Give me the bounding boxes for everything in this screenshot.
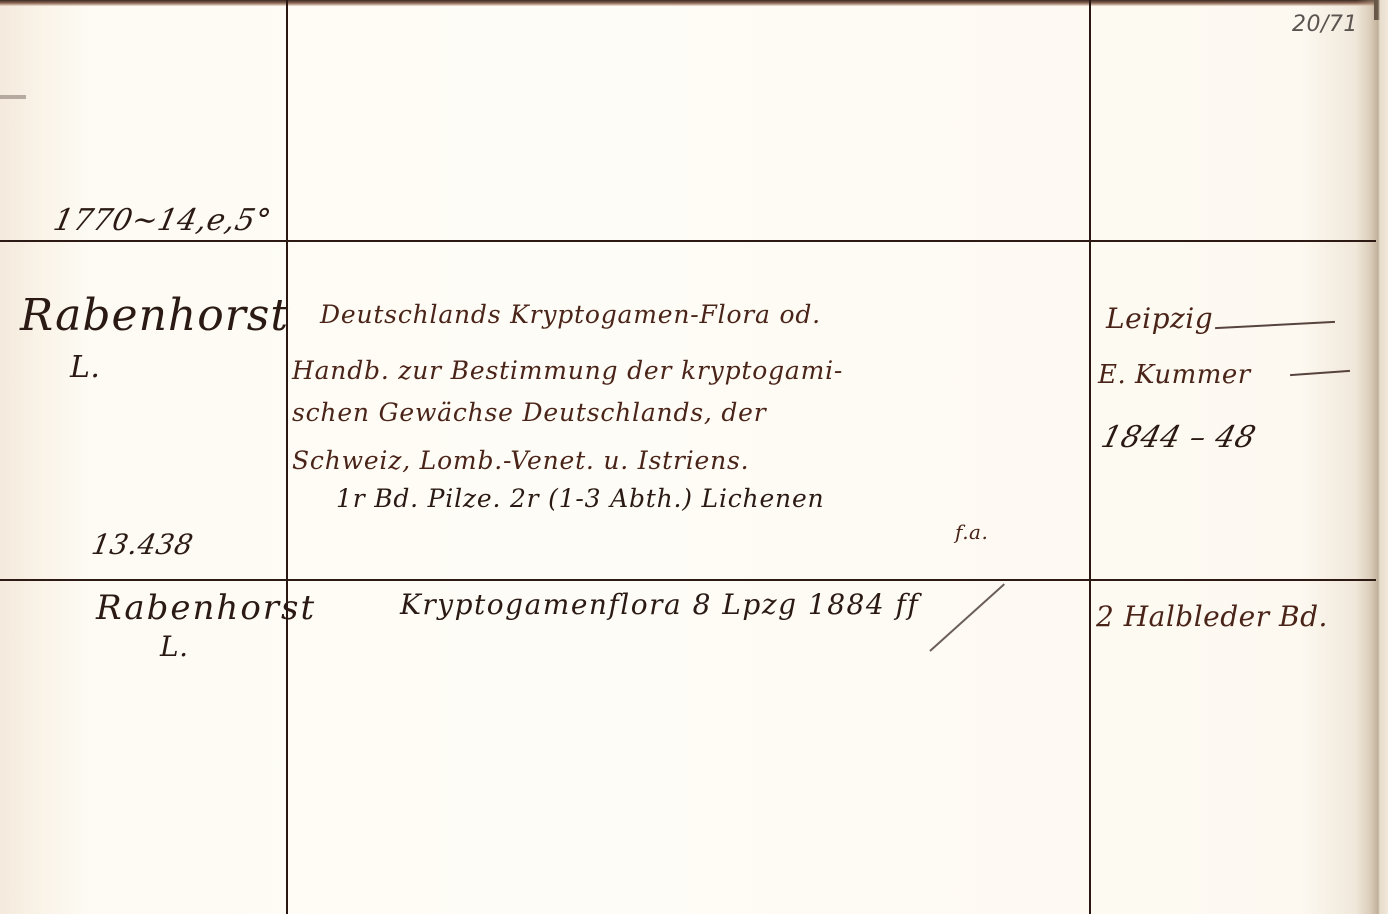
entry-1-title-line: Schweiz, Lomb.-Venet. u. Istriens. xyxy=(292,446,749,475)
entry-2-title: Kryptogamenflora 8 Lpzg 1884 ff xyxy=(400,588,919,621)
entry-1-author-initial: L. xyxy=(70,350,100,385)
call-number: 1770~14,e,5° xyxy=(50,203,274,238)
entry-2-accession-number: 13.438 xyxy=(89,528,196,561)
entry-1-years: 1844 – 48 xyxy=(1098,420,1260,455)
entry-1-title-line: Handb. zur Bestimmung der kryptogami- xyxy=(292,356,843,385)
page-right-edge xyxy=(1356,0,1388,914)
flourish-stroke xyxy=(1290,370,1350,376)
row-divider-header xyxy=(0,240,1376,242)
entry-1-author: Rabenhorst xyxy=(20,290,289,341)
entry-2-binding: 2 Halbleder Bd. xyxy=(1096,600,1328,633)
page-top-edge xyxy=(0,0,1388,6)
column-divider-author-title xyxy=(286,0,288,914)
ledger-card: 20/71 1770~14,e,5° Rabenhorst L. Deutsch… xyxy=(0,0,1388,914)
entry-1-publisher: E. Kummer xyxy=(1098,360,1251,390)
column-divider-title-place xyxy=(1089,0,1091,914)
entry-2-author-initial: L. xyxy=(160,630,189,663)
margin-mark xyxy=(0,95,26,99)
entry-1-title-mark: f.a. xyxy=(955,520,988,544)
entry-2-author: Rabenhorst xyxy=(96,588,316,628)
entry-1-place: Leipzig xyxy=(1106,302,1213,335)
page-number: 20/71 xyxy=(1292,12,1358,37)
row-divider-entries xyxy=(0,579,1376,581)
entry-1-title-line: schen Gewächse Deutschlands, der xyxy=(292,398,767,427)
flourish-stroke xyxy=(1215,321,1335,329)
entry-1-title-line: 1r Bd. Pilze. 2r (1-3 Abth.) Lichenen xyxy=(336,484,824,513)
entry-1-title-line: Deutschlands Kryptogamen-Flora od. xyxy=(320,300,821,329)
flourish-stroke xyxy=(929,583,1005,651)
